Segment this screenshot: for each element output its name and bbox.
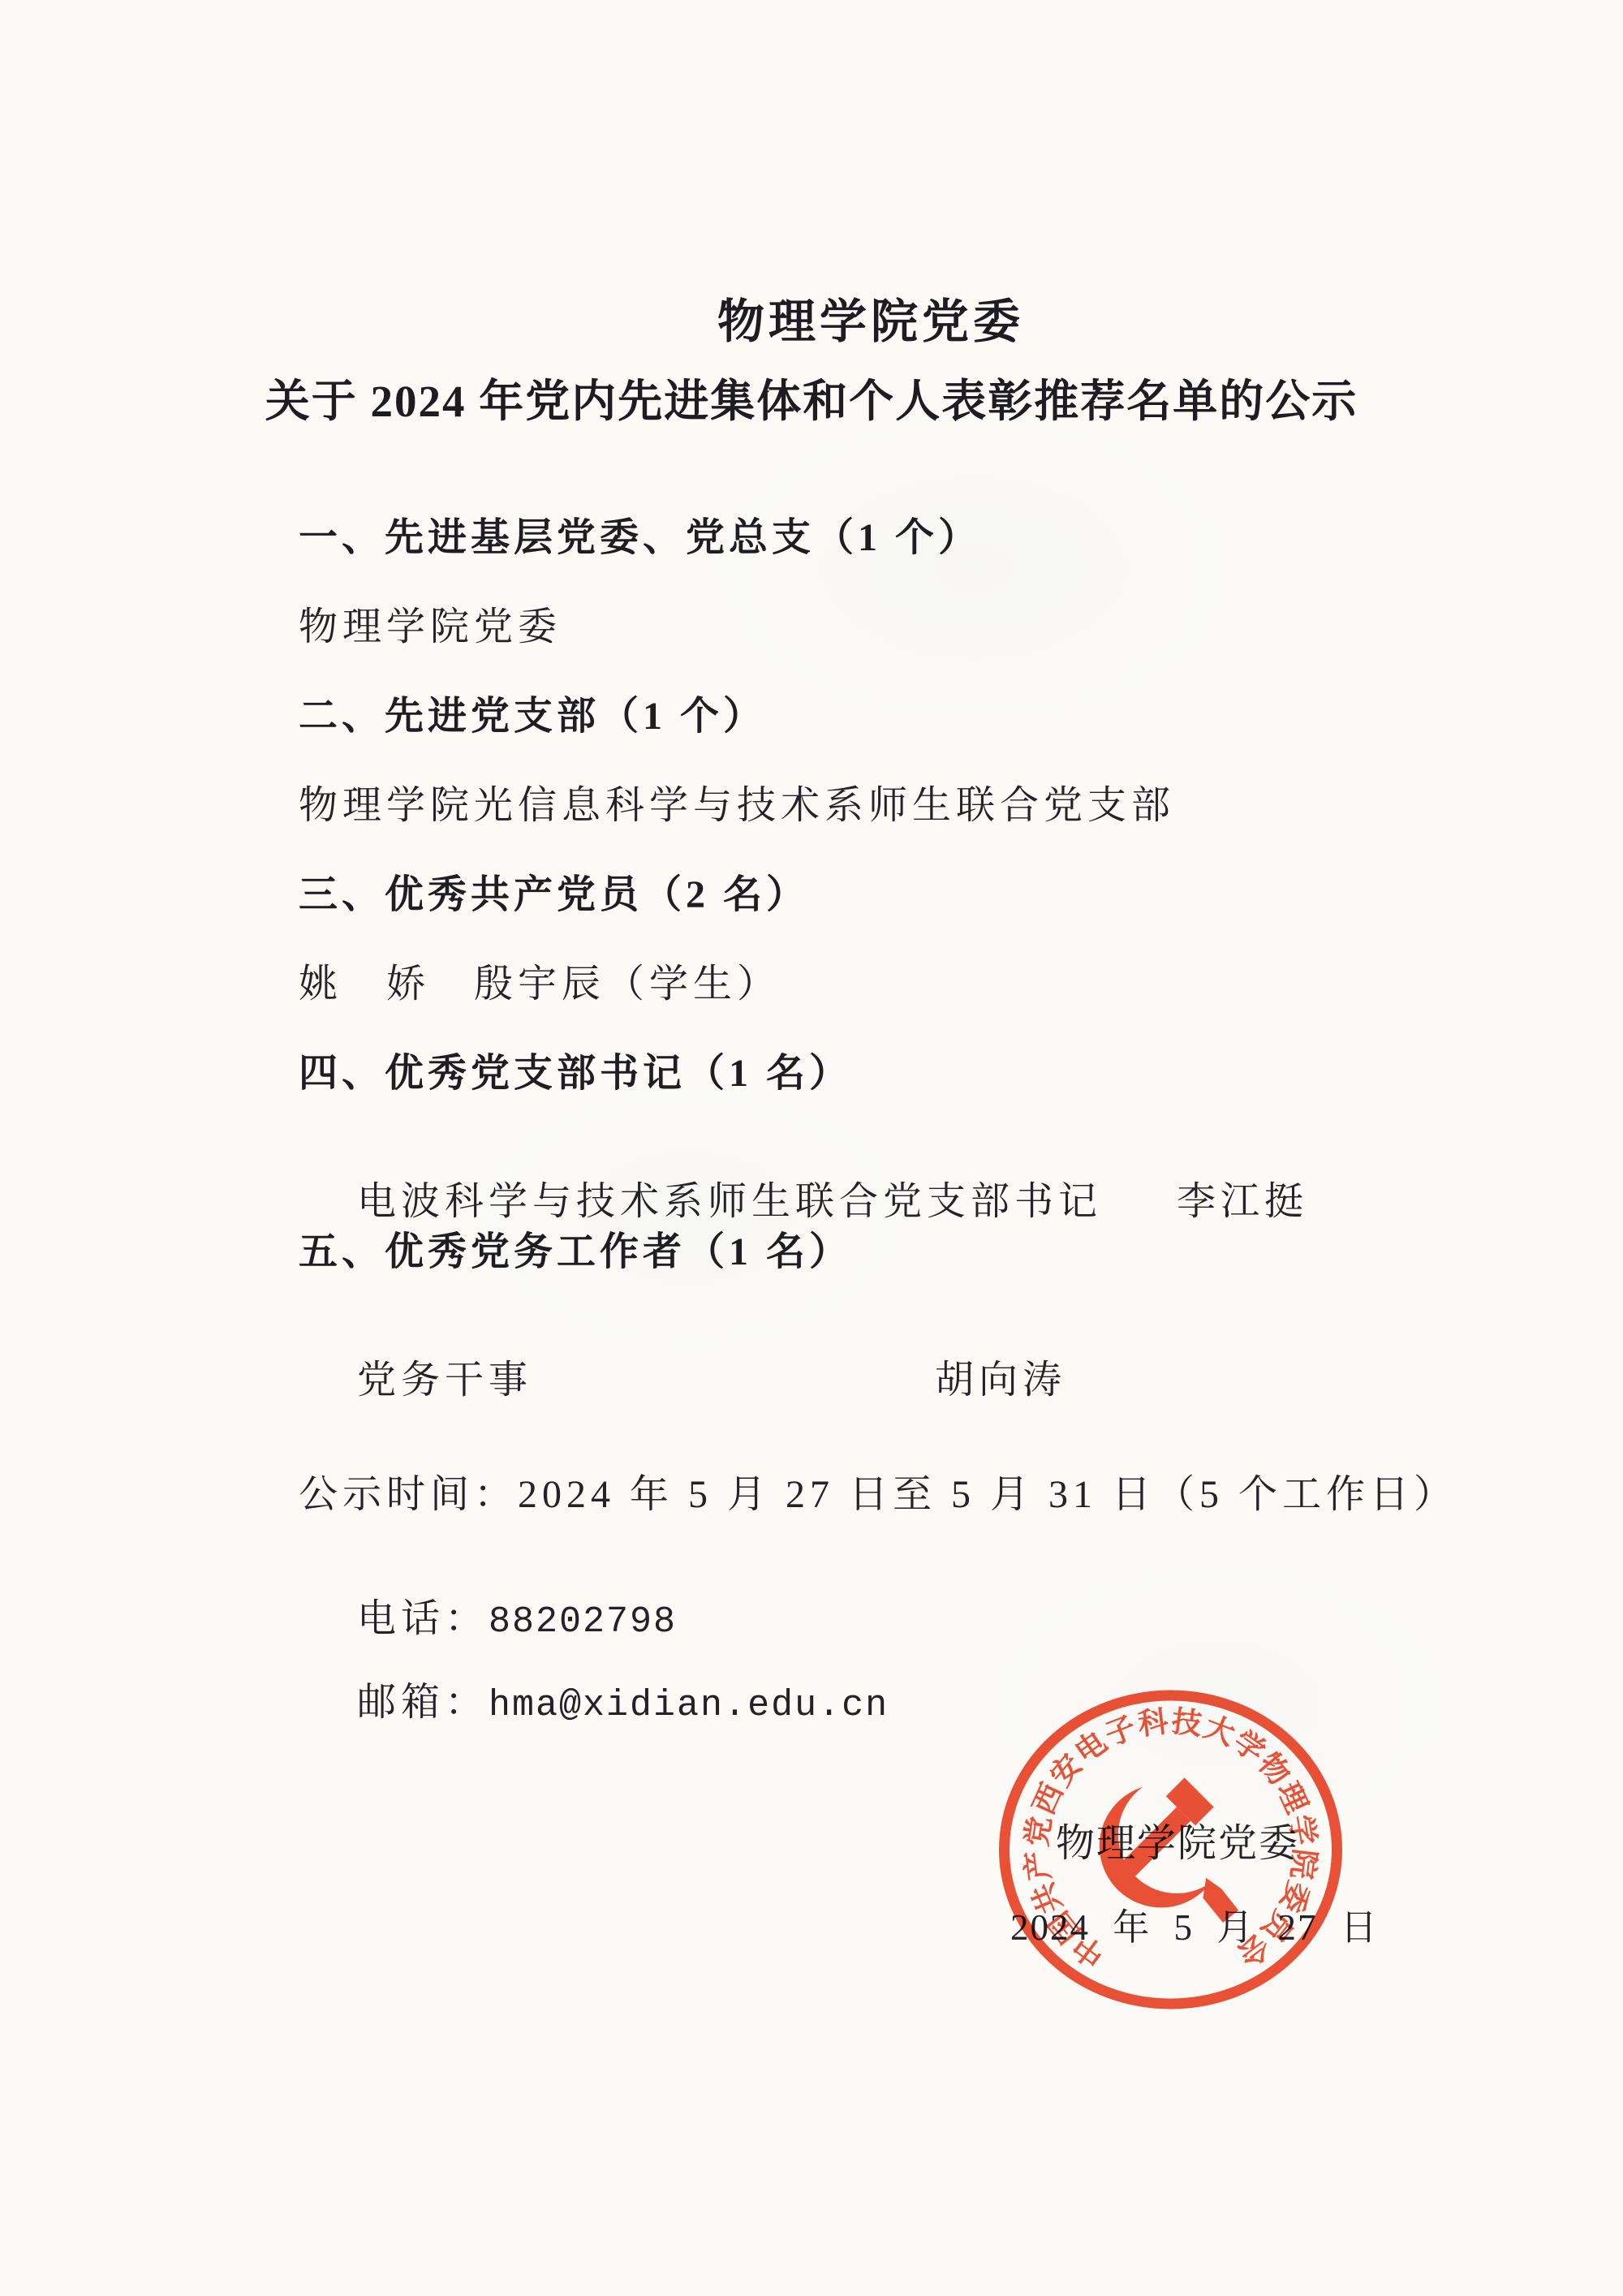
section-5-item: 党务干事胡向涛 [299, 1322, 1066, 1439]
seal-ring [1005, 1695, 1337, 2004]
section-2-heading: 二、先进党支部（1 个） [299, 697, 766, 736]
section-5-item-title: 党务干事 [357, 1359, 532, 1402]
publicity-period: 公示时间：2024 年 5 月 27 日至 5 月 31 日（5 个工作日） [299, 1475, 1457, 1514]
section-1-item: 物理学院党委 [299, 608, 562, 647]
scanned-notice-page: 物理学院党委 关于 2024 年党内先进集体和个人表彰推荐名单的公示 一、先进基… [0, 0, 1623, 2296]
phone-number: 88202798 [489, 1601, 677, 1643]
section-3-heading: 三、优秀共产党员（2 名） [299, 876, 809, 915]
phone-label: 电话： [357, 1597, 489, 1640]
official-seal: 中国共产党西安电子科技大学物理学院委员会 [999, 1690, 1342, 2010]
section-3-item: 姚 娇 殷宇辰（学生） [299, 965, 781, 1004]
section-4-heading: 四、优秀党支部书记（1 名） [299, 1054, 852, 1093]
section-5-heading: 五、优秀党务工作者（1 名） [299, 1233, 852, 1272]
page-title-subject: 关于 2024 年党内先进集体和个人表彰推荐名单的公示 [0, 379, 1623, 424]
section-5-item-name: 胡向涛 [935, 1361, 1066, 1400]
hammer-and-sickle-icon [1100, 1777, 1238, 1923]
section-4-item-name: 李江挺 [1177, 1182, 1308, 1221]
section-2-item: 物理学院光信息科学与技术系师生联合党支部 [299, 786, 1175, 825]
section-1-heading: 一、先进基层党委、党总支（1 个） [299, 519, 981, 558]
email-address: hma@xidian.edu.cn [489, 1685, 889, 1726]
page-title-org: 物理学院党委 [717, 299, 1024, 346]
section-4-item-title: 电波科学与技术系师生联合党支部书记 [357, 1180, 1102, 1223]
email-label: 邮箱： [357, 1681, 489, 1724]
email-line: 邮箱：hma@xidian.edu.cn [299, 1644, 889, 1763]
